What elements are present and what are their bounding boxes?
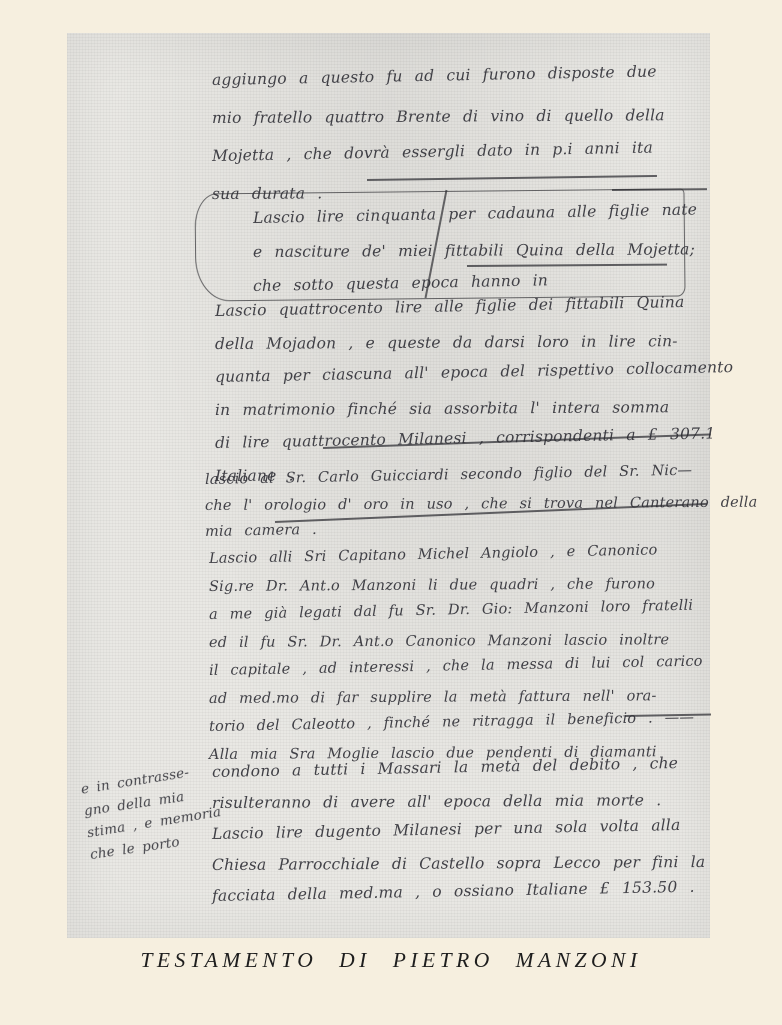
manuscript-photo: aggiungo a questo fu ad cui furono dispo…: [67, 33, 710, 938]
margin-note: e in contrasse- gno della mia stima , e …: [80, 760, 227, 866]
handwriting-paragraph-5: Lascio alli Sri Capitano Michel Angiolo …: [209, 545, 703, 769]
handwriting-paragraph-6: condono a tutti i Massari la metà del de…: [212, 757, 705, 912]
caption: TESTAMENTO DI PIETRO MANZONI: [0, 948, 782, 973]
book-page: { "page": { "background": "#f6efdf" }, "…: [0, 0, 782, 1025]
handwriting-line: Lascio lire cinquanta per cadauna alle f…: [253, 192, 698, 235]
handwriting-line: aggiungo a questo fu ad cui furono dispo…: [212, 52, 665, 99]
handwriting-line: Mojetta , che dovrà essergli dato in p.i…: [212, 128, 665, 175]
